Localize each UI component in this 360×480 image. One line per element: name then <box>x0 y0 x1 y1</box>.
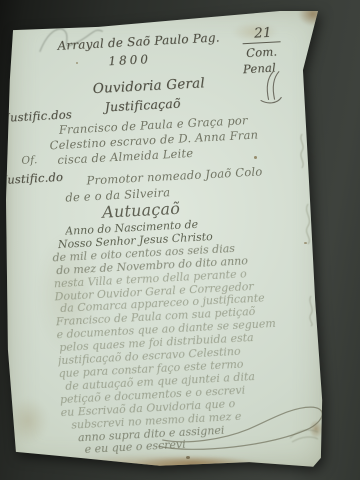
year: 1800 <box>108 52 151 68</box>
page-number: 21 <box>242 24 280 44</box>
office-line: Ouvidoria Geral <box>92 75 205 97</box>
rubric-flourish <box>249 69 287 107</box>
stamp-top: Com. <box>246 44 278 60</box>
margin-note: Of. <box>21 154 38 167</box>
subject-line: Justificaçaõ <box>104 96 181 115</box>
handwriting-layer: Arrayal de Saõ Paulo Pag. 21 1800 Ouvido… <box>0 0 338 478</box>
section-heading: Autuaçaõ <box>102 199 181 222</box>
party-line: Promotor nomeado Joaõ Colo <box>86 164 263 187</box>
stain <box>314 88 324 100</box>
photo-background: Arrayal de Saõ Paulo Pag. 21 1800 Ouvido… <box>0 0 360 480</box>
signature-flourish <box>150 397 336 459</box>
margin-note: Justific.do <box>2 170 63 187</box>
manuscript-paper: Arrayal de Saõ Paulo Pag. 21 1800 Ouvido… <box>6 4 326 470</box>
